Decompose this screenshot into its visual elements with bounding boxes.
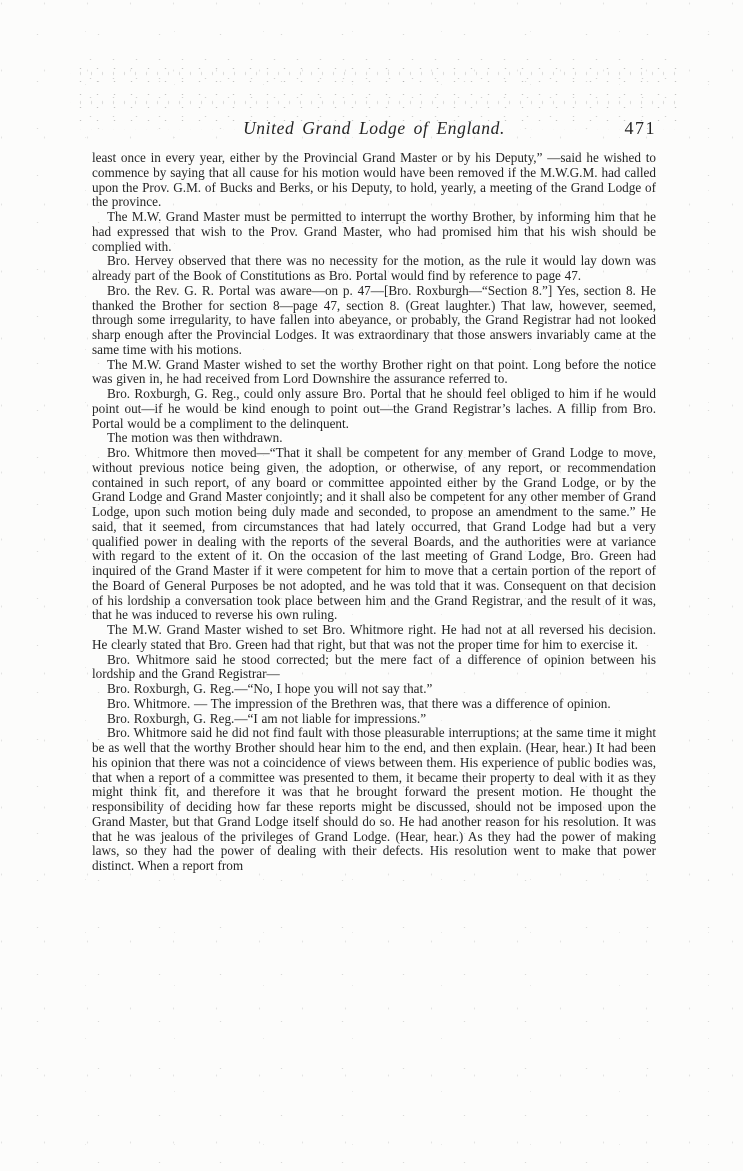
paragraph: Bro. the Rev. G. R. Portal was aware—on …: [92, 284, 656, 358]
paragraph: The M.W. Grand Master wished to set the …: [92, 358, 656, 388]
paragraph: Bro. Whitmore then moved—“That it shall …: [92, 446, 656, 623]
paragraph: least once in every year, either by the …: [92, 151, 656, 210]
page-title: United Grand Lodge of England.: [243, 118, 505, 138]
page-number: 471: [625, 118, 657, 139]
running-header: United Grand Lodge of England. 471: [92, 118, 656, 142]
paragraph: Bro. Hervey observed that there was no n…: [92, 254, 656, 284]
paragraph: Bro. Whitmore said he did not find fault…: [92, 726, 656, 874]
paragraph: The M.W. Grand Master wished to set Bro.…: [92, 623, 656, 653]
text-block: United Grand Lodge of England. 471 least…: [92, 118, 656, 874]
paragraph: Bro. Whitmore said he stood corrected; b…: [92, 653, 656, 683]
paragraph: Bro. Whitmore. — The impression of the B…: [92, 697, 656, 712]
paragraph: Bro. Roxburgh, G. Reg., could only assur…: [92, 387, 656, 431]
paragraph: The motion was then withdrawn.: [92, 431, 656, 446]
paragraph: Bro. Roxburgh, G. Reg.—“I am not liable …: [92, 712, 656, 727]
paragraph: The M.W. Grand Master must be permitted …: [92, 210, 656, 254]
body-copy: least once in every year, either by the …: [92, 151, 656, 874]
paragraph: Bro. Roxburgh, G. Reg.—“No, I hope you w…: [92, 682, 656, 697]
scanned-document-page: United Grand Lodge of England. 471 least…: [0, 0, 743, 1171]
